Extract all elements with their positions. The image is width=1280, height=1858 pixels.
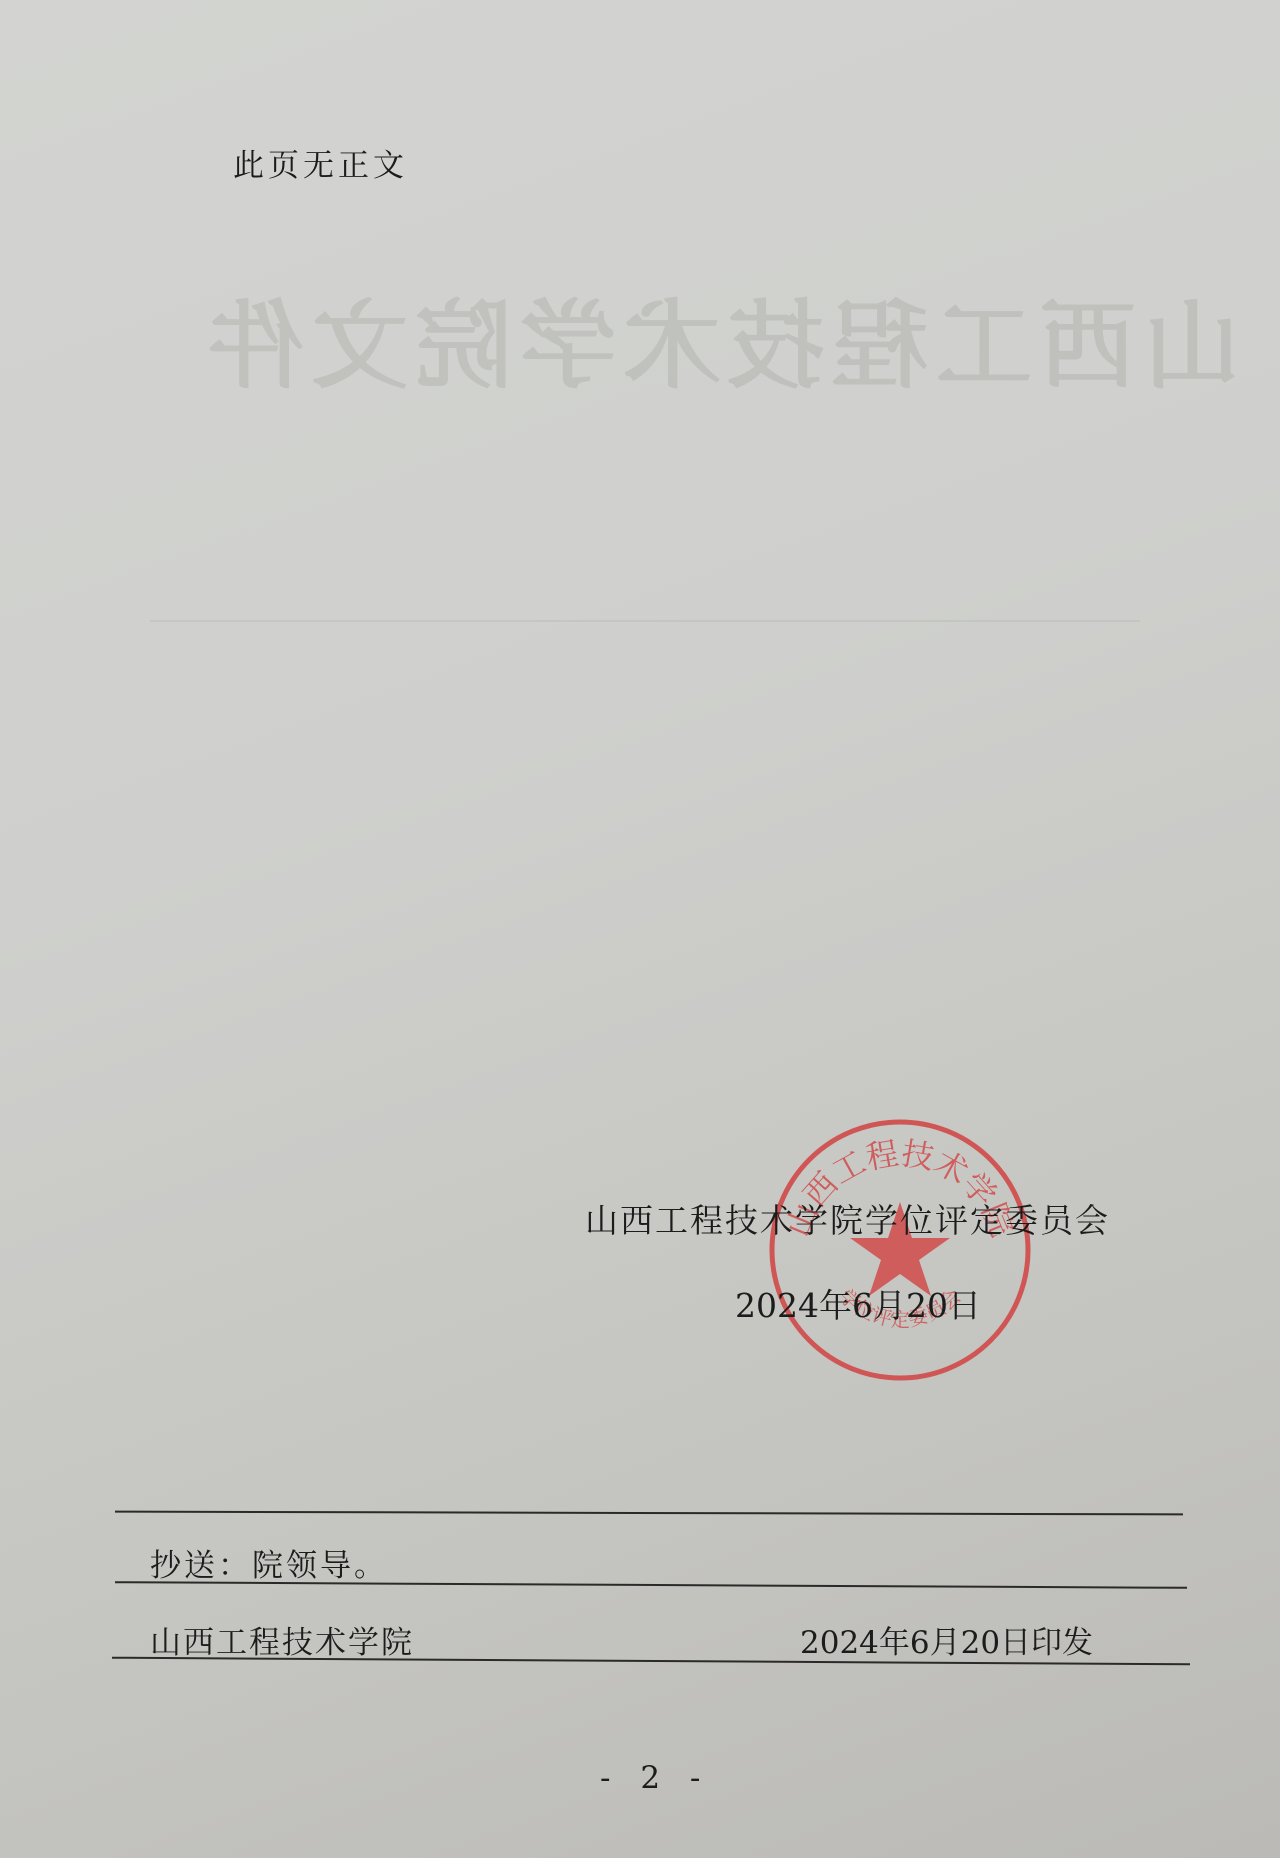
issuer-signature: 山西工程技术学院学位评定委员会 [585, 1195, 1110, 1242]
official-seal-icon: 山西工程技术学院 学位评定委员会 [760, 1110, 1040, 1390]
page-number: - 2 - [600, 1760, 710, 1796]
print-date: 2024年6月20日印发 [800, 1617, 1093, 1662]
signature-date: 2024年6月20日 [735, 1280, 981, 1327]
printing-organization: 山西工程技术学院 [150, 1617, 414, 1662]
no-body-note: 此页无正文 [233, 140, 408, 185]
cc-line: 抄送：院领导。 [150, 1540, 388, 1585]
show-through-rule [150, 620, 1140, 622]
footer-rule-top [115, 1511, 1183, 1516]
document-page: 山西工程技术学院文件 此页无正文 山西工程技术学院 学位评定委员会 山西工程技术… [0, 0, 1280, 1858]
show-through-title: 山西工程技术学院文件 [200, 270, 1240, 407]
footer-rule-middle [115, 1581, 1187, 1589]
